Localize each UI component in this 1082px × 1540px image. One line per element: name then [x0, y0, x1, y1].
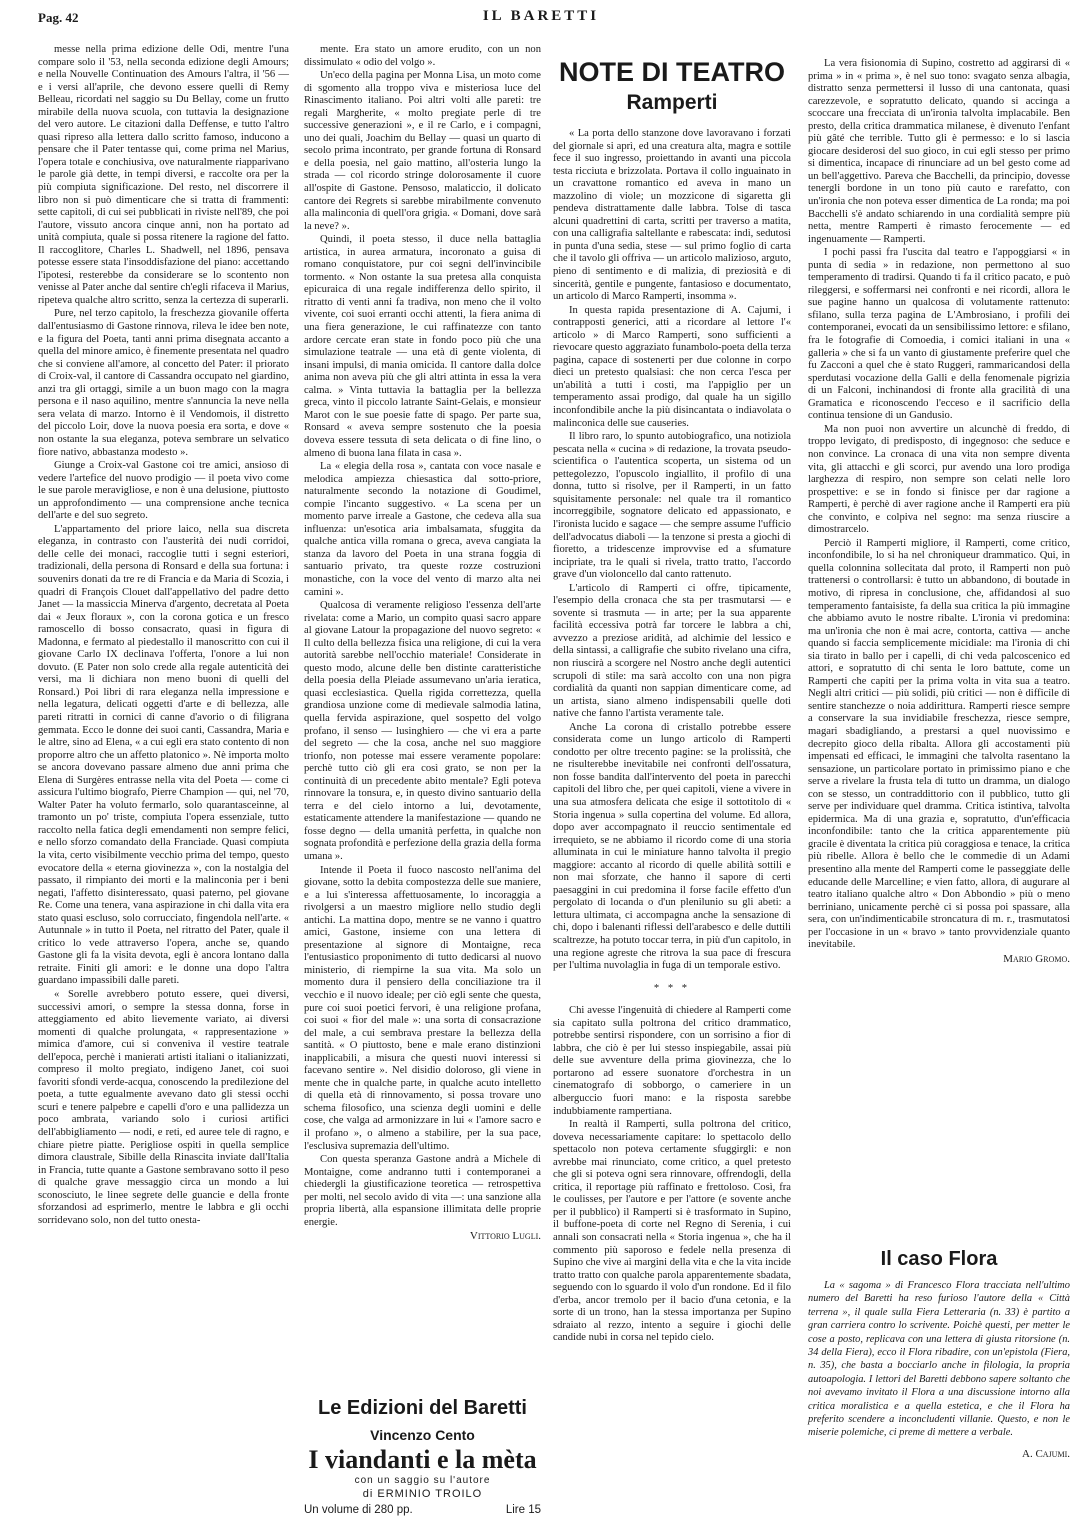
masthead: IL BARETTI [0, 8, 1082, 25]
section-title: NOTE DI TEATRO [553, 56, 791, 88]
column-4-note-di-teatro-cont: La vera fisionomia di Supino, costretto … [808, 58, 1070, 965]
paragraph: Intende il Poeta il fuoco nascosto nell'… [304, 865, 541, 1154]
publisher-advertisement: Le Edizioni del Baretti Vincenzo Cento I… [304, 1395, 541, 1516]
paragraph: Perciò il Ramperti migliore, il Ramperti… [808, 538, 1070, 952]
section-separator: * * * [553, 983, 791, 996]
column-3-note-di-teatro: NOTE DI TEATRO Ramperti « La porta dello… [553, 48, 791, 1345]
ad-price: Lire 15 [506, 1504, 541, 1516]
page-header: Pag. 42 IL BARETTI [0, 0, 1082, 48]
ad-volume: Un volume di 280 pp. [304, 1504, 413, 1516]
paragraph: Pure, nel terzo capitolo, la freschezza … [38, 308, 289, 459]
paragraph: « La porta dello stanzone dove lavoravan… [553, 128, 791, 304]
paragraph: Chi avesse l'ingenuità di chiedere al Ra… [553, 1005, 791, 1118]
section-subtitle: Ramperti [553, 90, 791, 116]
author-signature: A. Cajumi. [808, 1448, 1070, 1461]
column-2-article-continuation: mente. Era stato un amore erudito, con u… [304, 44, 541, 1243]
article-title: Il caso Flora [808, 1248, 1070, 1271]
ad-author: Vincenzo Cento [304, 1427, 541, 1443]
column-1-article-continuation: messe nella prima edizione delle Odi, me… [38, 44, 289, 1227]
paragraph: Il libro raro, lo spunto autobiografico,… [553, 431, 791, 582]
paragraph: L'appartamento del priore laico, nella s… [38, 524, 289, 988]
paragraph: Un'eco della pagina per Monna Lisa, un m… [304, 70, 541, 233]
ad-details: Un volume di 280 pp. Lire 15 [304, 1504, 541, 1516]
paragraph: In realtà il Ramperti, sulla poltrona de… [553, 1119, 791, 1345]
paragraph: Anche La corona di cristallo potrebbe es… [553, 722, 791, 973]
paragraph: La « sagoma » di Francesco Flora traccia… [808, 1279, 1070, 1440]
paragraph: Quindi, il poeta stesso, il duce nella b… [304, 234, 541, 460]
ad-essay-author: di ERMINIO TROILO [304, 1488, 541, 1500]
paragraph: L'articolo di Ramperti ci offre, tipicam… [553, 583, 791, 721]
author-signature: Mario Gromo. [808, 953, 1070, 966]
ad-heading: Le Edizioni del Baretti [304, 1395, 541, 1421]
ad-subtitle: con un saggio su l'autore [304, 1475, 541, 1486]
paragraph: Giunge a Croix-val Gastone coi tre amici… [38, 460, 289, 523]
paragraph: Con questa speranza Gastone andrà a Mich… [304, 1154, 541, 1229]
il-caso-flora-article: Il caso Flora La « sagoma » di Francesco… [808, 1248, 1070, 1461]
paragraph: In questa rapida presentazione di A. Caj… [553, 305, 791, 430]
ad-book-title: I viandanti e la mèta [304, 1445, 541, 1475]
paragraph: « Sorelle avrebbero potuto essere, quei … [38, 989, 289, 1227]
paragraph: mente. Era stato un amore erudito, con u… [304, 44, 541, 69]
paragraph: Qualcosa di veramente religioso l'essenz… [304, 600, 541, 863]
author-signature: Vittorio Lugli. [304, 1230, 541, 1243]
paragraph: I pochi passi fra l'uscita dal teatro e … [808, 247, 1070, 423]
paragraph: Ma non puoi non avvertire un alcunchè di… [808, 424, 1070, 537]
paragraph: La vera fisionomia di Supino, costretto … [808, 58, 1070, 246]
paragraph: La « elegia della rosa », cantata con vo… [304, 461, 541, 599]
paragraph: messe nella prima edizione delle Odi, me… [38, 44, 289, 307]
